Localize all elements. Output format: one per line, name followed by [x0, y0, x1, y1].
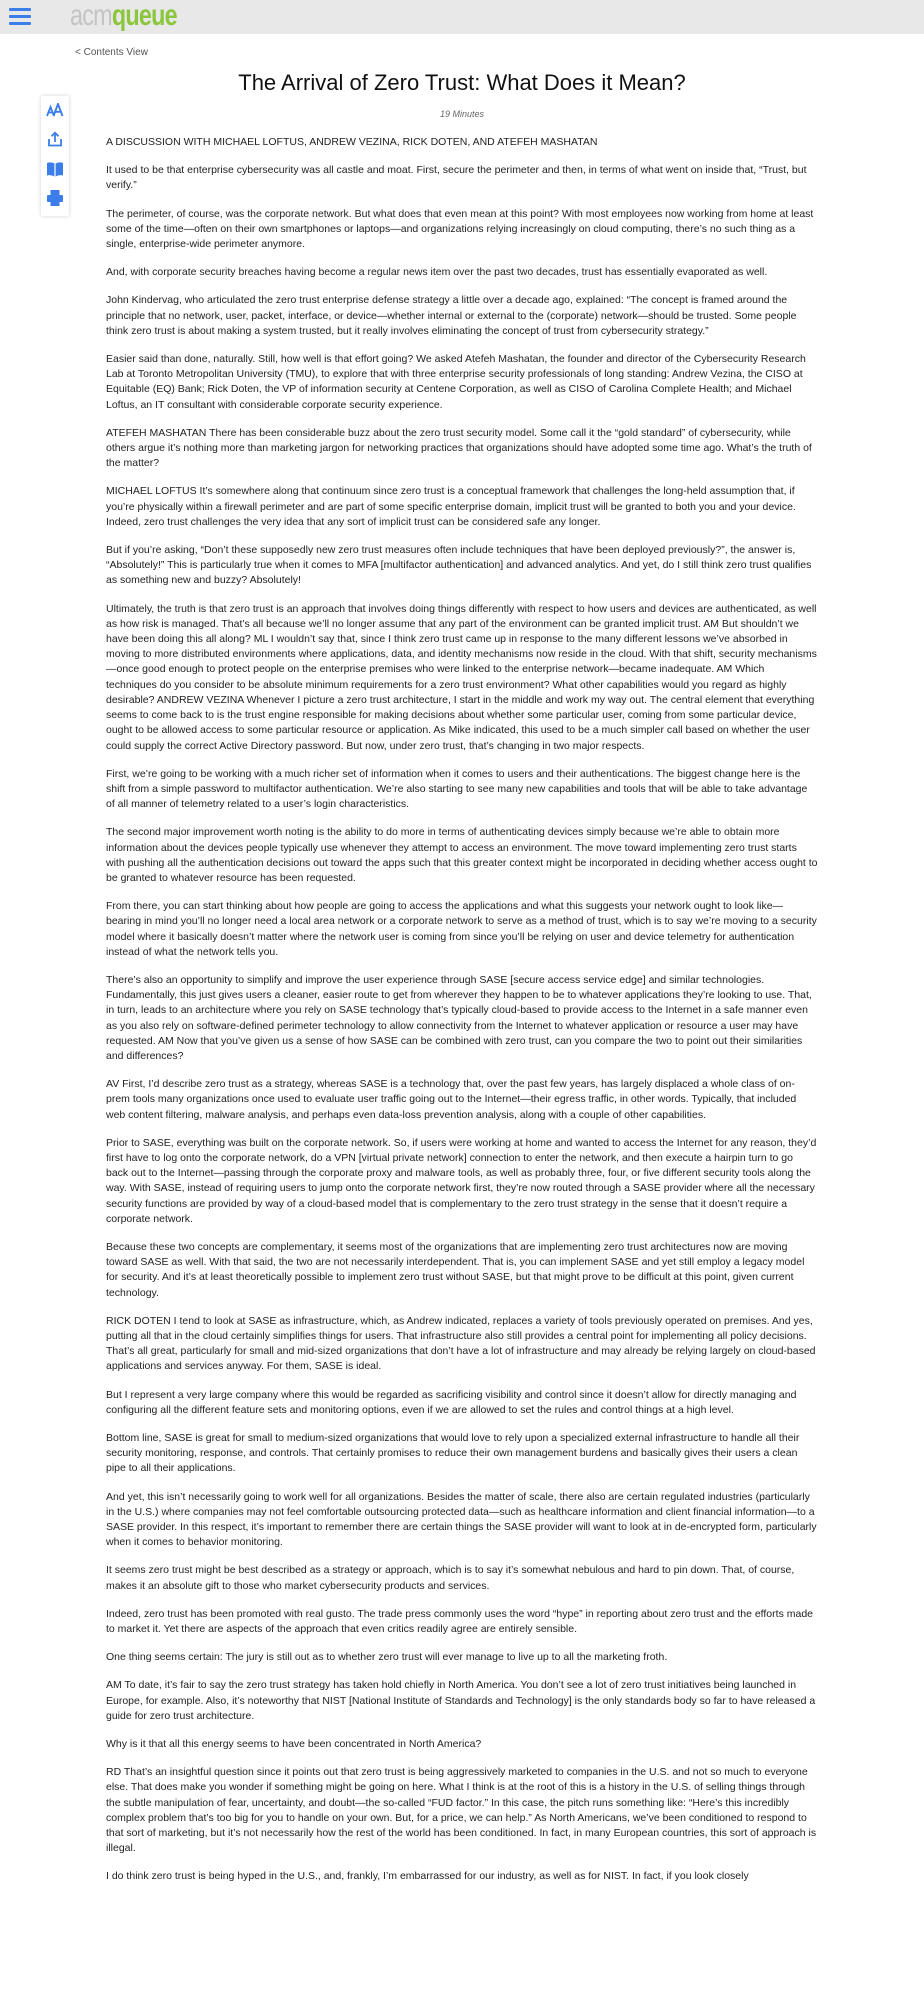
article-paragraph: Ultimately, the truth is that zero trust… [106, 602, 818, 754]
article-paragraph: There’s also an opportunity to simplify … [106, 973, 818, 1064]
book-icon [46, 161, 64, 177]
share-icon [47, 131, 63, 147]
article-paragraph: And yet, this isn’t necessarily going to… [106, 1490, 818, 1551]
article-byline: A DISCUSSION WITH MICHAEL LOFTUS, ANDREW… [106, 135, 818, 150]
article-title: The Arrival of Zero Trust: What Does it … [0, 70, 924, 96]
article-paragraph: AV First, I’d describe zero trust as a s… [106, 1077, 818, 1123]
article-paragraph: And, with corporate security breaches ha… [106, 265, 818, 280]
article-paragraph: But I represent a very large company whe… [106, 1388, 818, 1418]
article-paragraph: But if you’re asking, “Don’t these suppo… [106, 543, 818, 589]
article-paragraph: From there, you can start thinking about… [106, 899, 818, 960]
article-paragraph: One thing seems certain: The jury is sti… [106, 1650, 818, 1665]
article-paragraph: Prior to SASE, everything was built on t… [106, 1136, 818, 1227]
print-button[interactable] [45, 188, 65, 208]
article-paragraph: RD That’s an insightful question since i… [106, 1765, 818, 1856]
contents-view-link[interactable]: < Contents View [75, 47, 148, 58]
article-paragraph: Because these two concepts are complemen… [106, 1240, 818, 1301]
article-paragraph: Easier said than done, naturally. Still,… [106, 352, 818, 413]
article-paragraph: ATEFEH MASHATAN There has been considera… [106, 426, 818, 472]
article-paragraph: John Kindervag, who articulated the zero… [106, 293, 818, 339]
article-paragraph: AM To date, it’s fair to say the zero tr… [106, 1678, 818, 1724]
article-paragraph: Bottom line, SASE is great for small to … [106, 1431, 818, 1477]
read-time: 19 Minutes [0, 109, 924, 119]
article-body: A DISCUSSION WITH MICHAEL LOFTUS, ANDREW… [106, 135, 818, 1898]
hamburger-menu-icon[interactable] [9, 8, 31, 26]
article-paragraph: RICK DOTEN I tend to look at SASE as inf… [106, 1314, 818, 1375]
acmqueue-logo[interactable]: acmqueue [70, 0, 177, 34]
article-paragraph: It used to be that enterprise cybersecur… [106, 163, 818, 193]
article-paragraph: The perimeter, of course, was the corpor… [106, 207, 818, 253]
print-icon [46, 189, 64, 207]
article-paragraph: Indeed, zero trust has been promoted wit… [106, 1607, 818, 1637]
logo-acm-text: acm [70, 0, 112, 32]
article-paragraph: I do think zero trust is being hyped in … [106, 1869, 818, 1884]
logo-queue-text: queue [112, 0, 177, 32]
article-paragraph: It seems zero trust might be best descri… [106, 1563, 818, 1593]
reading-mode-button[interactable] [45, 159, 65, 179]
top-header-bar: acmqueue [0, 0, 924, 34]
article-paragraph: Why is it that all this energy seems to … [106, 1737, 818, 1752]
article-paragraph: MICHAEL LOFTUS It’s somewhere along that… [106, 484, 818, 530]
share-button[interactable] [45, 129, 65, 149]
article-paragraph: First, we’re going to be working with a … [106, 767, 818, 813]
article-paragraph: The second major improvement worth notin… [106, 825, 818, 886]
